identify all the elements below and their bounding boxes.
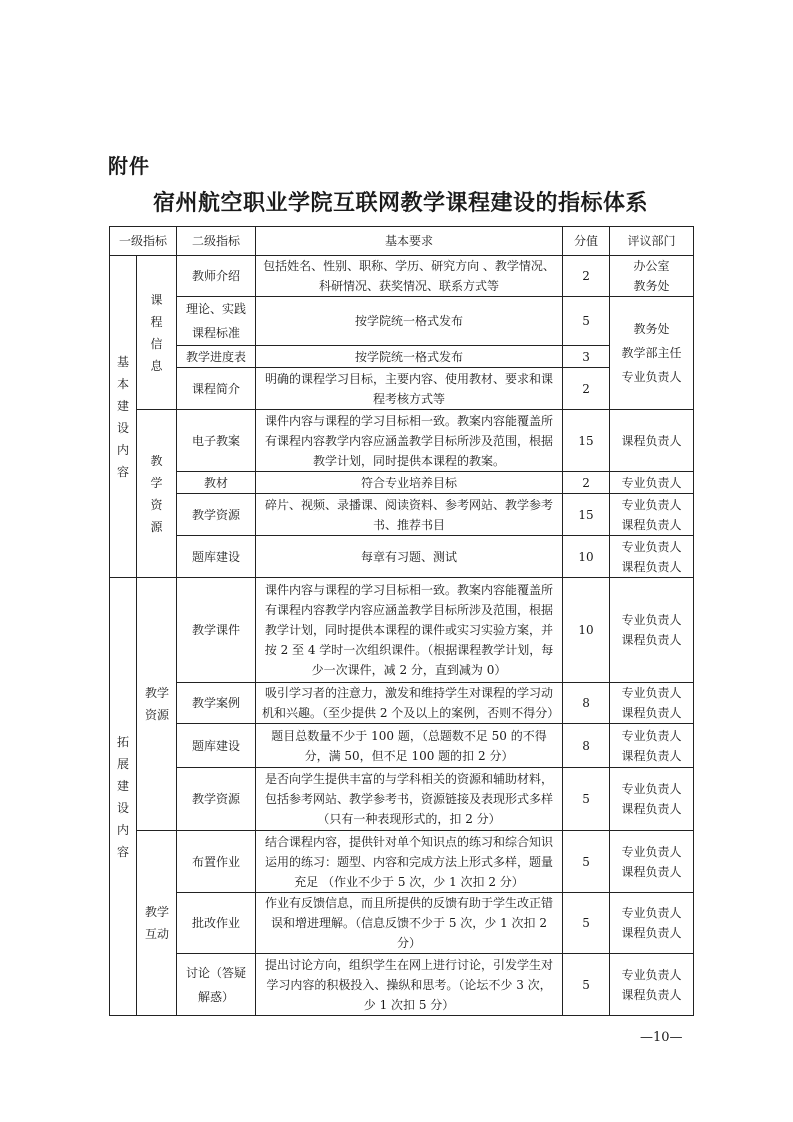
score-cell: 2 xyxy=(563,472,610,494)
table-row: 教学互动 布置作业 结合课程内容，提供针对单个知识点的练习和综合知识运用的练习：… xyxy=(110,831,694,893)
score-cell: 5 xyxy=(563,954,610,1016)
score-cell: 8 xyxy=(563,683,610,724)
group-teaching-interaction: 教学互动 xyxy=(137,831,177,1016)
requirement-cell: 是否向学生提供丰富的与学科相关的资源和辅助材料，包括参考网站、教学参考书，资源链… xyxy=(256,768,563,831)
requirement-cell: 吸引学习者的注意力，激发和维持学生对课程的学习动机和兴趣。（至少提供 2 个及以… xyxy=(256,683,563,724)
group-course-info: 课程信息 xyxy=(137,256,177,410)
dept-cell: 办公室 教务处 xyxy=(610,256,694,297)
requirement-cell: 符合专业培养目标 xyxy=(256,472,563,494)
table-row: 教学资源 碎片、视频、录播课、阅读资料、参考网站、教学参考书、推荐书目 15 专… xyxy=(110,494,694,536)
table-row: 题库建设 每章有习题、测试 10 专业负责人 课程负责人 xyxy=(110,536,694,578)
score-cell: 5 xyxy=(563,297,610,346)
requirement-cell: 结合课程内容，提供针对单个知识点的练习和综合知识运用的练习：题型、内容和完成方法… xyxy=(256,831,563,893)
page-number: —10— xyxy=(640,1030,683,1045)
dept-cell: 专业负责人 课程负责人 xyxy=(610,683,694,724)
score-cell: 8 xyxy=(563,724,610,768)
table-row: 批改作业 作业有反馈信息，而且所提供的反馈有助于学生改正错误和增进理解。（信息反… xyxy=(110,893,694,954)
score-cell: 5 xyxy=(563,768,610,831)
table-row: 拓展建设内容 教学资源 教学课件 课件内容与课程的学习目标相一致。教案内容能覆盖… xyxy=(110,578,694,683)
table-row: 课程简介 明确的课程学习目标，主要内容、使用教材、要求和课程考核方式等 2 xyxy=(110,368,694,410)
requirement-cell: 题目总数量不少于 100 题，（总题数不足 50 的不得分，满 50，但不足 1… xyxy=(256,724,563,768)
requirement-cell: 按学院统一格式发布 xyxy=(256,297,563,346)
level1-basic: 基本建设内容 xyxy=(110,256,137,578)
item-cell: 电子教案 xyxy=(177,410,256,472)
item-cell: 讨论（答疑解惑） xyxy=(177,954,256,1016)
header-score: 分值 xyxy=(563,227,610,256)
score-cell: 2 xyxy=(563,256,610,297)
score-cell: 5 xyxy=(563,831,610,893)
requirement-cell: 课件内容与课程的学习目标相一致。教案内容能覆盖所有课程内容教学内容应涵盖教学目标… xyxy=(256,410,563,472)
item-cell: 教学课件 xyxy=(177,578,256,683)
header-level1: 一级指标 xyxy=(110,227,177,256)
dept-cell: 专业负责人 课程负责人 xyxy=(610,954,694,1016)
requirement-cell: 明确的课程学习目标，主要内容、使用教材、要求和课程考核方式等 xyxy=(256,368,563,410)
dept-cell: 教务处 教学部主任 专业负责人 xyxy=(610,297,694,410)
requirement-cell: 碎片、视频、录播课、阅读资料、参考网站、教学参考书、推荐书目 xyxy=(256,494,563,536)
item-cell: 批改作业 xyxy=(177,893,256,954)
score-cell: 15 xyxy=(563,410,610,472)
item-cell: 教学资源 xyxy=(177,494,256,536)
score-cell: 10 xyxy=(563,536,610,578)
header-level2: 二级指标 xyxy=(177,227,256,256)
score-cell: 3 xyxy=(563,346,610,368)
item-cell: 题库建设 xyxy=(177,536,256,578)
item-cell: 教学案例 xyxy=(177,683,256,724)
level1-extended: 拓展建设内容 xyxy=(110,578,137,1016)
item-cell: 教学进度表 xyxy=(177,346,256,368)
requirement-cell: 课件内容与课程的学习目标相一致。教案内容能覆盖所有课程内容教学内容应涵盖教学目标… xyxy=(256,578,563,683)
table-row: 题库建设 题目总数量不少于 100 题，（总题数不足 50 的不得分，满 50，… xyxy=(110,724,694,768)
item-cell: 课程简介 xyxy=(177,368,256,410)
group-teaching-resources: 教学资源 xyxy=(137,410,177,578)
table-row: 教学资源 电子教案 课件内容与课程的学习目标相一致。教案内容能覆盖所有课程内容教… xyxy=(110,410,694,472)
table-row: 讨论（答疑解惑） 提出讨论方向，组织学生在网上进行讨论，引发学生对学习内容的积极… xyxy=(110,954,694,1016)
table-row: 教学进度表 按学院统一格式发布 3 xyxy=(110,346,694,368)
score-cell: 2 xyxy=(563,368,610,410)
dept-cell: 专业负责人 xyxy=(610,472,694,494)
dept-cell: 专业负责人 课程负责人 xyxy=(610,893,694,954)
group-teaching-resources-ext: 教学资源 xyxy=(137,578,177,831)
dept-cell: 专业负责人 课程负责人 xyxy=(610,494,694,536)
document-title: 宿州航空职业学院互联网教学课程建设的指标体系 xyxy=(108,186,693,217)
dept-cell: 课程负责人 xyxy=(610,410,694,472)
table-row: 教学资源 是否向学生提供丰富的与学科相关的资源和辅助材料，包括参考网站、教学参考… xyxy=(110,768,694,831)
requirement-cell: 包括姓名、性别、职称、学历、研究方向 、教学情况、科研情况、获奖情况、联系方式等 xyxy=(256,256,563,297)
item-cell: 题库建设 xyxy=(177,724,256,768)
attachment-label: 附件 xyxy=(108,150,150,179)
table-row: 教学案例 吸引学习者的注意力，激发和维持学生对课程的学习动机和兴趣。（至少提供 … xyxy=(110,683,694,724)
requirement-cell: 作业有反馈信息，而且所提供的反馈有助于学生改正错误和增进理解。（信息反馈不少于 … xyxy=(256,893,563,954)
dept-cell: 专业负责人 课程负责人 xyxy=(610,831,694,893)
requirement-cell: 每章有习题、测试 xyxy=(256,536,563,578)
item-cell: 教学资源 xyxy=(177,768,256,831)
dept-cell: 专业负责人 课程负责人 xyxy=(610,768,694,831)
item-cell: 布置作业 xyxy=(177,831,256,893)
table-header-row: 一级指标 二级指标 基本要求 分值 评议部门 xyxy=(110,227,694,256)
table-row: 基本建设内容 课程信息 教师介绍 包括姓名、性别、职称、学历、研究方向 、教学情… xyxy=(110,256,694,297)
item-cell: 理论、实践课程标准 xyxy=(177,297,256,346)
header-requirement: 基本要求 xyxy=(256,227,563,256)
score-cell: 10 xyxy=(563,578,610,683)
dept-cell: 专业负责人 课程负责人 xyxy=(610,536,694,578)
dept-cell: 专业负责人 课程负责人 xyxy=(610,724,694,768)
item-cell: 教材 xyxy=(177,472,256,494)
dept-cell: 专业负责人 课程负责人 xyxy=(610,578,694,683)
header-dept: 评议部门 xyxy=(610,227,694,256)
score-cell: 5 xyxy=(563,893,610,954)
requirement-cell: 按学院统一格式发布 xyxy=(256,346,563,368)
requirement-cell: 提出讨论方向，组织学生在网上进行讨论，引发学生对学习内容的积极投入、操纵和思考。… xyxy=(256,954,563,1016)
score-cell: 15 xyxy=(563,494,610,536)
table-row: 教材 符合专业培养目标 2 专业负责人 xyxy=(110,472,694,494)
indicator-table: 一级指标 二级指标 基本要求 分值 评议部门 基本建设内容 课程信息 教师介绍 … xyxy=(109,226,694,1016)
item-cell: 教师介绍 xyxy=(177,256,256,297)
table-row: 理论、实践课程标准 按学院统一格式发布 5 教务处 教学部主任 专业负责人 xyxy=(110,297,694,346)
